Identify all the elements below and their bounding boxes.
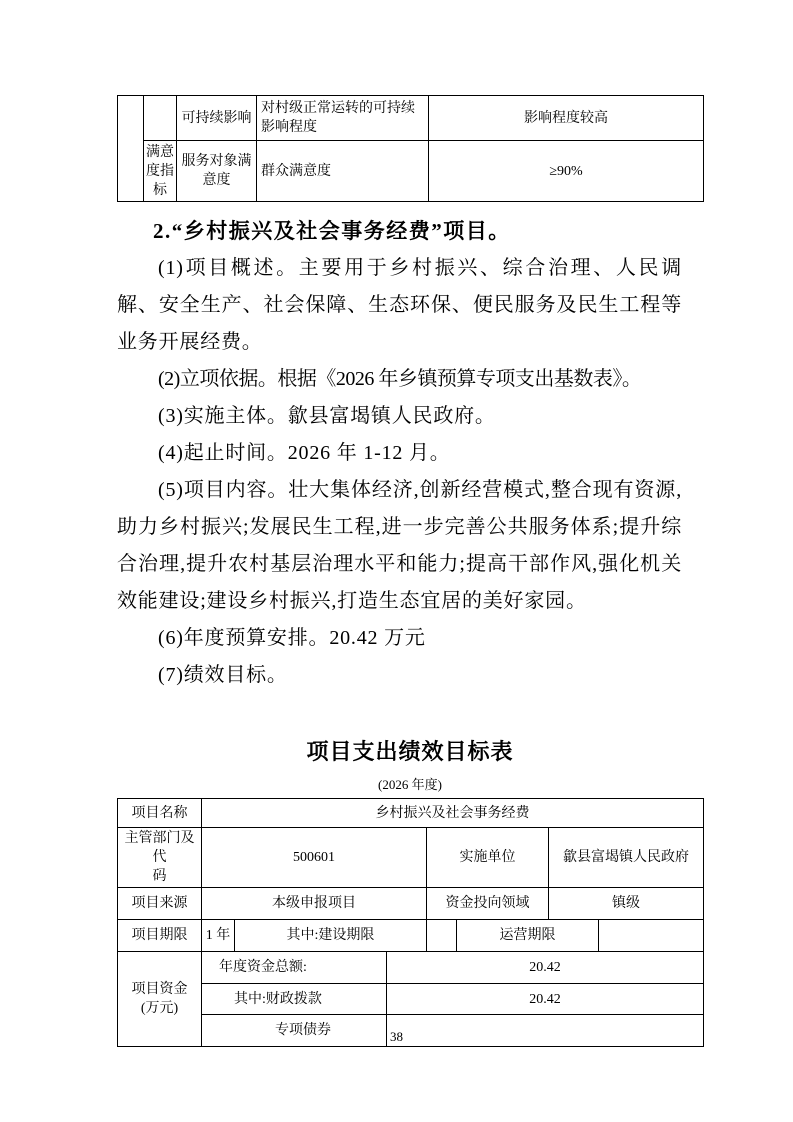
paragraph-content: (5)项目内容。壮大集体经济,创新经营模式,整合现有资源,助力乡村振兴;发展民生… xyxy=(117,472,682,620)
project-name-value: 乡村振兴及社会事务经费 xyxy=(202,799,704,828)
section-heading: 2.“乡村振兴及社会事务经费”项目。 xyxy=(117,213,682,250)
table-row: 可持续影响 对村级正常运转的可持续影响程度 影响程度较高 xyxy=(118,96,704,141)
table-row: 项目名称 乡村振兴及社会事务经费 xyxy=(118,799,704,828)
annual-total-label: 年度资金总额: xyxy=(202,952,387,984)
category-cell: 满意度指标 xyxy=(144,141,177,202)
department-label: 主管部门及代 码 xyxy=(118,828,202,888)
goal-table-subtitle: (2026 年度) xyxy=(117,777,703,793)
operating-period-value xyxy=(599,920,704,952)
fiscal-grant-label: 其中:财政拨款 xyxy=(202,984,387,1015)
table-row: 满意度指标 服务对象满意度 群众满意度 ≥90% xyxy=(118,141,704,202)
goal-table: 项目名称 乡村振兴及社会事务经费 主管部门及代 码 500601 实施单位 歙县… xyxy=(117,798,704,1047)
body-text: 2.“乡村振兴及社会事务经费”项目。 (1)项目概述。主要用于乡村振兴、综合治理… xyxy=(117,213,682,694)
goal-table-title: 项目支出绩效目标表 xyxy=(117,737,703,767)
table-row: 其中:财政拨款 20.42 xyxy=(118,984,704,1015)
indicator-name-cell: 对村级正常运转的可持续影响程度 xyxy=(257,96,429,141)
indicator-value-cell: ≥90% xyxy=(429,141,704,202)
table-row: 项目来源 本级申报项目 资金投向领域 镇级 xyxy=(118,888,704,920)
continued-category-cell xyxy=(144,96,177,141)
source-label: 项目来源 xyxy=(118,888,202,920)
paragraph-goal: (7)绩效目标。 xyxy=(117,657,682,694)
table-row: 项目资金 (万元) 年度资金总额: 20.42 xyxy=(118,952,704,984)
indicator-name-cell: 群众满意度 xyxy=(257,141,429,202)
paragraph-overview: (1)项目概述。主要用于乡村振兴、综合治理、人民调解、安全生产、社会保障、生态环… xyxy=(117,250,682,361)
fund-area-value: 镇级 xyxy=(549,888,704,920)
page-number: 38 xyxy=(0,1029,793,1045)
paragraph-basis: (2)立项依据。根据《2026 年乡镇预算专项支出基数表》。 xyxy=(117,361,682,398)
goal-table-header: 项目支出绩效目标表 (2026 年度) xyxy=(117,737,703,793)
build-period-label: 其中:建设期限 xyxy=(235,920,427,952)
table-row: 主管部门及代 码 500601 实施单位 歙县富堨镇人民政府 xyxy=(118,828,704,888)
indicator-cell: 服务对象满意度 xyxy=(177,141,257,202)
indicator-value-cell: 影响程度较高 xyxy=(429,96,704,141)
annual-total-value: 20.42 xyxy=(387,952,704,984)
paragraph-budget: (6)年度预算安排。20.42 万元 xyxy=(117,620,682,657)
fund-area-label: 资金投向领域 xyxy=(427,888,549,920)
department-code: 500601 xyxy=(202,828,427,888)
paragraph-timespan: (4)起止时间。2026 年 1-12 月。 xyxy=(117,435,682,472)
indicator-cell: 可持续影响 xyxy=(177,96,257,141)
period-label: 项目期限 xyxy=(118,920,202,952)
build-period-value xyxy=(427,920,457,952)
document-page: 可持续影响 对村级正常运转的可持续影响程度 影响程度较高 满意度指标 服务对象满… xyxy=(0,0,793,1122)
source-value: 本级申报项目 xyxy=(202,888,427,920)
fiscal-grant-value: 20.42 xyxy=(387,984,704,1015)
period-value: 1 年 xyxy=(202,920,235,952)
implementer-label: 实施单位 xyxy=(427,828,549,888)
paragraph-implementer: (3)实施主体。歙县富堨镇人民政府。 xyxy=(117,398,682,435)
continued-group-cell xyxy=(118,96,144,202)
indicator-table-fragment: 可持续影响 对村级正常运转的可持续影响程度 影响程度较高 满意度指标 服务对象满… xyxy=(117,95,704,202)
project-name-label: 项目名称 xyxy=(118,799,202,828)
operating-period-label: 运营期限 xyxy=(457,920,599,952)
table-row: 项目期限 1 年 其中:建设期限 运营期限 xyxy=(118,920,704,952)
implementer-value: 歙县富堨镇人民政府 xyxy=(549,828,704,888)
